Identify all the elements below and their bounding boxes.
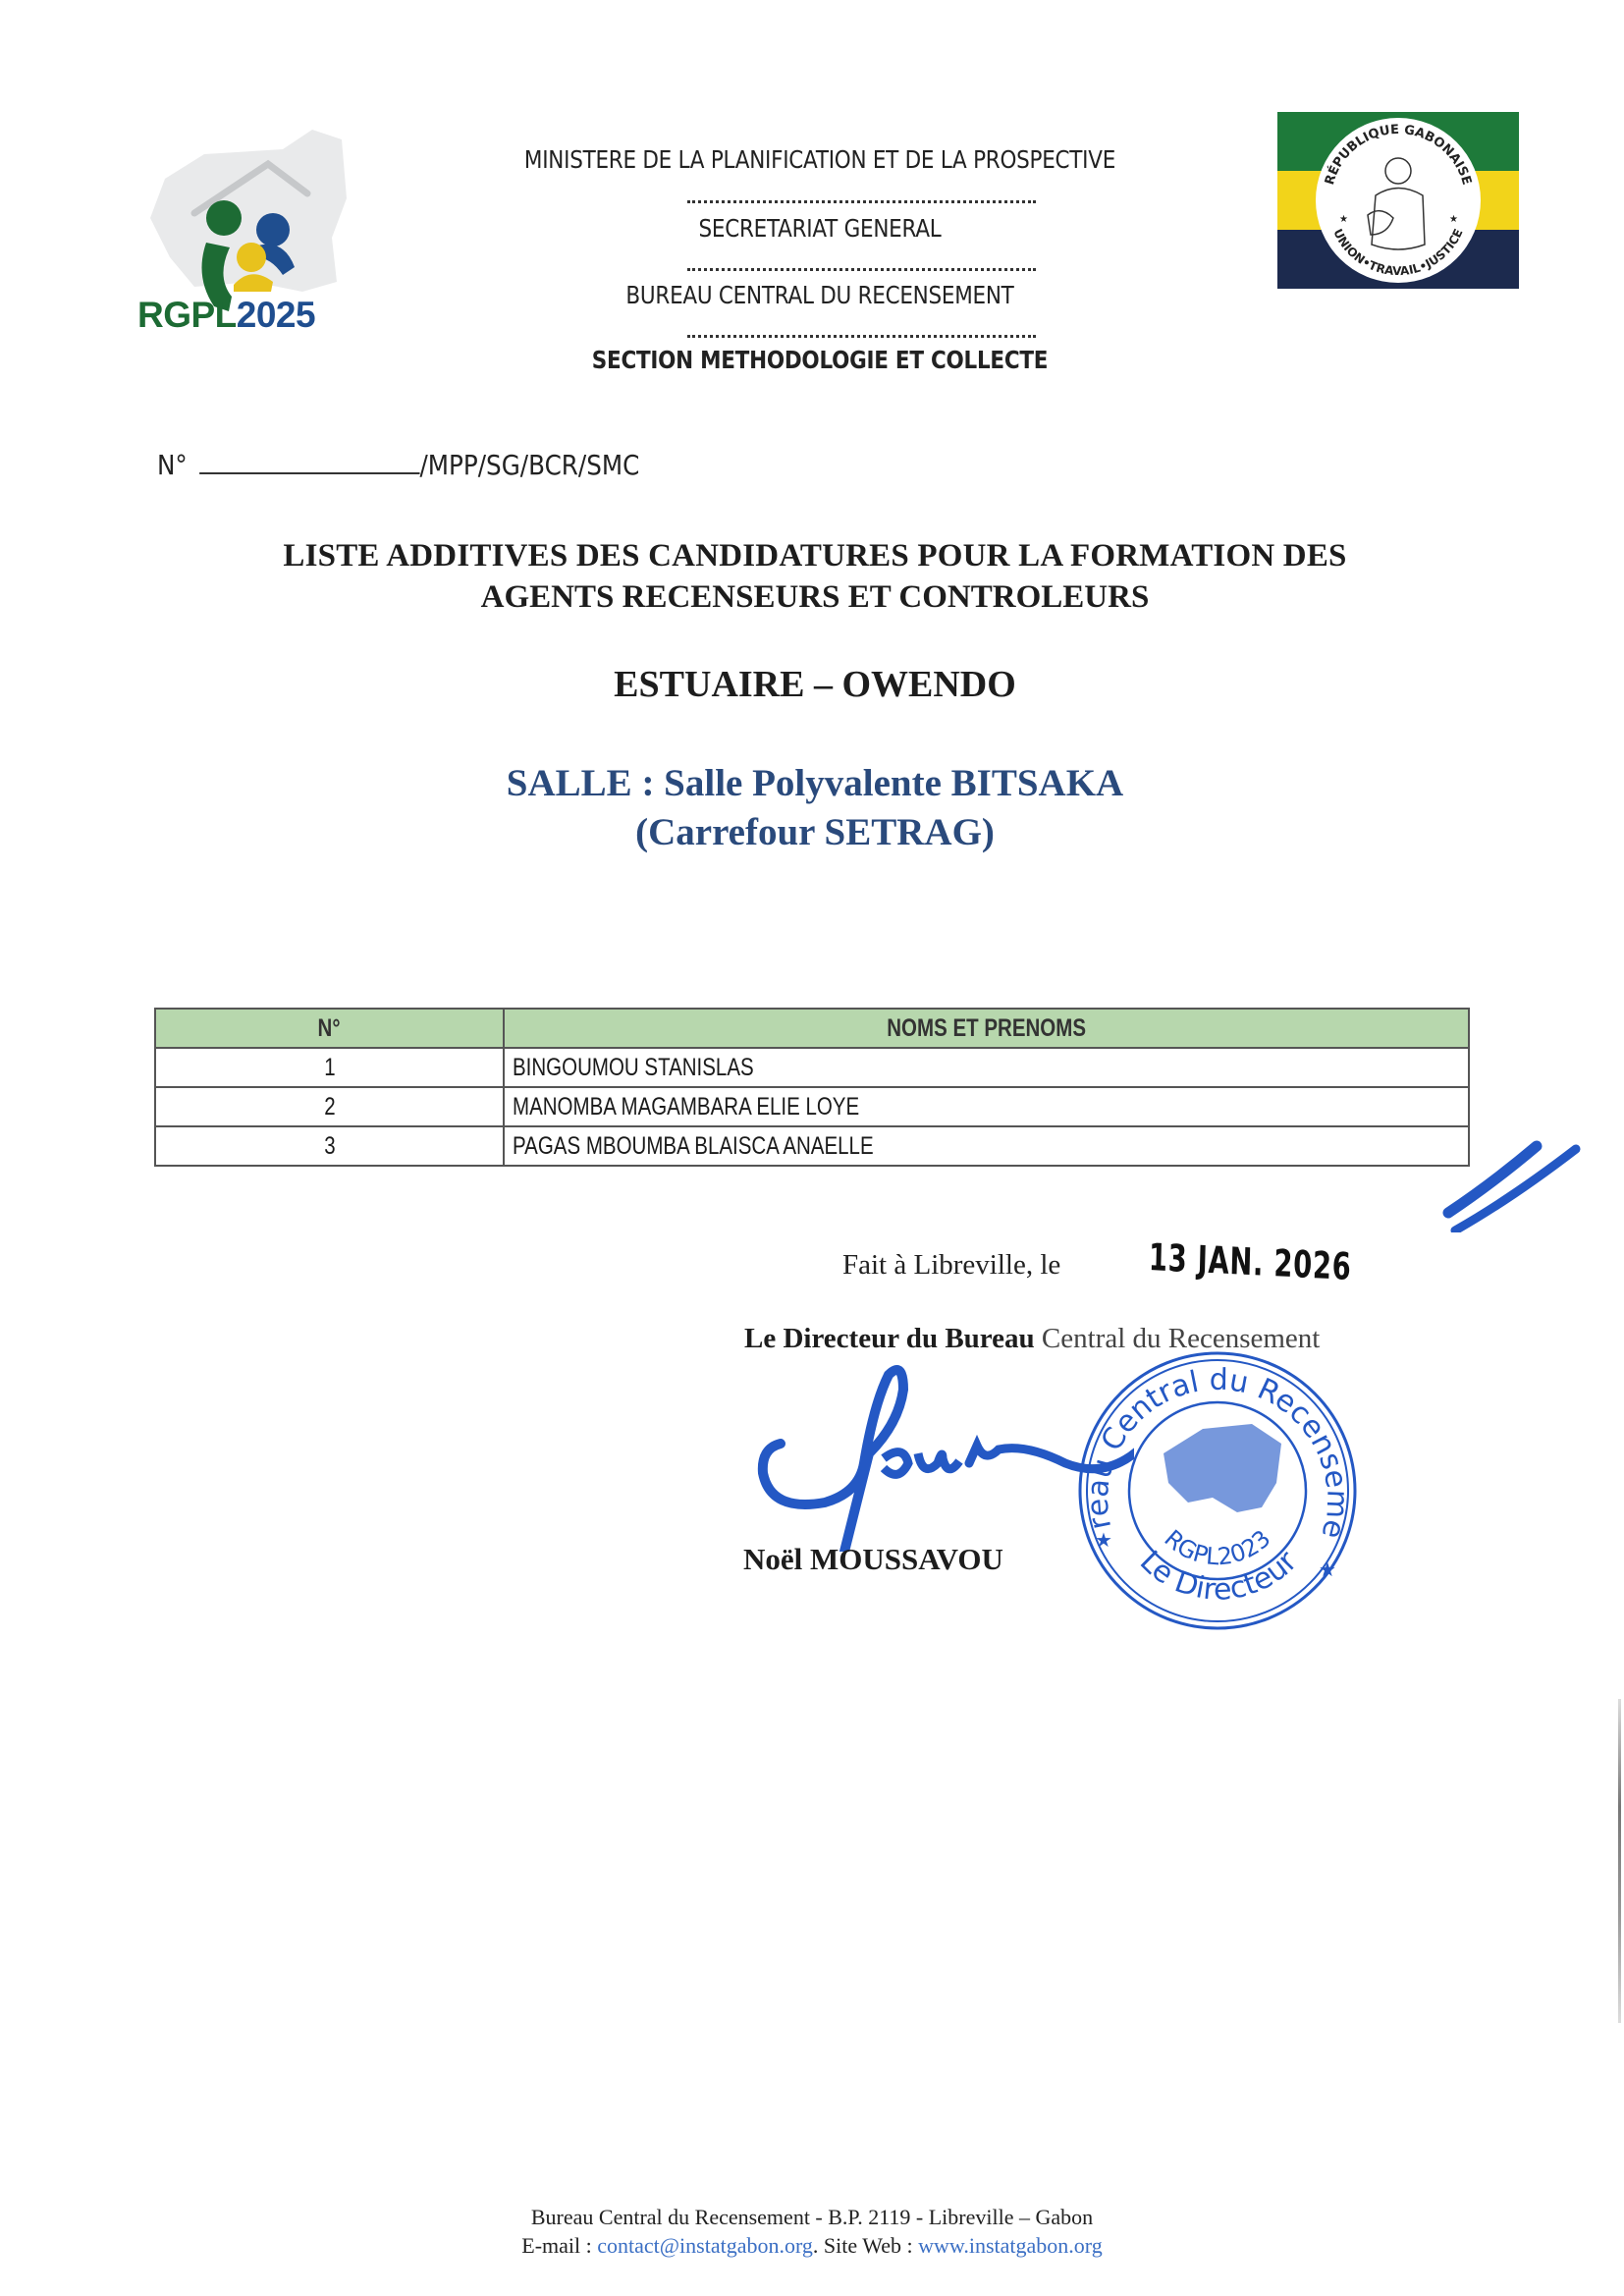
row-number: 2: [155, 1087, 504, 1126]
document-title-line1: LISTE ADDITIVES DES CANDIDATURES POUR LA…: [196, 538, 1434, 574]
section-name: SECTION METHODOLOGIE ET COLLECTE: [469, 346, 1170, 374]
candidates-table: N° NOMS ET PRENOMS 1 BINGOUMOU STANISLAS…: [154, 1008, 1470, 1167]
row-number: 1: [155, 1048, 504, 1087]
date-stamp: 13 JAN. 2026: [1148, 1235, 1352, 1288]
signatory-name: Noël MOUSSAVOU: [743, 1542, 1003, 1577]
website-link[interactable]: www.instatgabon.org: [918, 2233, 1103, 2258]
email-link[interactable]: contact@instatgabon.org: [597, 2233, 813, 2258]
dotted-divider: [687, 335, 1036, 342]
footer-contact: E-mail : contact@instatgabon.org. Site W…: [0, 2233, 1624, 2259]
row-name: PAGAS MBOUMBA BLAISCA ANAELLE: [504, 1126, 1469, 1166]
room-title-line2: (Carrefour SETRAG): [196, 810, 1434, 854]
footer-address: Bureau Central du Recensement - B.P. 211…: [0, 2205, 1624, 2230]
ministry-name: MINISTERE DE LA PLANIFICATION ET DE LA P…: [469, 145, 1170, 174]
table-row: 3 PAGAS MBOUMBA BLAISCA ANAELLE: [155, 1126, 1469, 1166]
reference-blank-line: [199, 453, 419, 474]
director-signature-icon: [741, 1355, 1134, 1552]
signatory-title-bold: Le Directeur du Bureau: [744, 1323, 1042, 1354]
row-name: BINGOUMOU STANISLAS: [504, 1048, 1469, 1087]
row-number: 3: [155, 1126, 504, 1166]
secretariat-name: SECRETARIAT GENERAL: [469, 214, 1170, 243]
dotted-divider: [687, 268, 1036, 275]
dotted-divider: [687, 200, 1036, 207]
row-name: MANOMBA MAGAMBARA ELIE LOYE: [504, 1087, 1469, 1126]
svg-text:★: ★: [1319, 1559, 1336, 1581]
rgpl-logo-text: RGPL2025: [137, 295, 315, 336]
reference-number: N°/MPP/SG/BCR/SMC: [157, 449, 639, 481]
logo-text-green: RGPL: [137, 295, 237, 335]
table-row: 2 MANOMBA MAGAMBARA ELIE LOYE: [155, 1087, 1469, 1126]
room-title-line1: SALLE : Salle Polyvalente BITSAKA: [196, 761, 1434, 805]
column-header-names: NOMS ET PRENOMS: [504, 1009, 1469, 1048]
table-row: 1 BINGOUMOU STANISLAS: [155, 1048, 1469, 1087]
gabon-flag-emblem-icon: RÉPUBLIQUE GABONAISE UNION•TRAVAIL•JUSTI…: [1277, 112, 1519, 289]
svg-text:★: ★: [1449, 214, 1458, 225]
email-label: E-mail :: [521, 2233, 597, 2258]
closing-slash-marks-icon: [1434, 1124, 1600, 1232]
document-title-line2: AGENTS RECENSEURS ET CONTROLEURS: [196, 579, 1434, 616]
reference-suffix: /MPP/SG/BCR/SMC: [419, 449, 639, 481]
place-label: Fait à Libreville, le: [842, 1249, 1060, 1282]
svg-text:★: ★: [1339, 214, 1348, 225]
bureau-name: BUREAU CENTRAL DU RECENSEMENT: [469, 281, 1170, 309]
location-title: ESTUAIRE – OWENDO: [196, 663, 1434, 706]
scan-edge-artifact: [1618, 1699, 1621, 2023]
column-header-number: N°: [155, 1009, 504, 1048]
logo-text-blue: 2025: [237, 295, 315, 335]
table-header-row: N° NOMS ET PRENOMS: [155, 1009, 1469, 1048]
website-label: . Site Web :: [813, 2233, 918, 2258]
reference-prefix: N°: [157, 449, 188, 481]
